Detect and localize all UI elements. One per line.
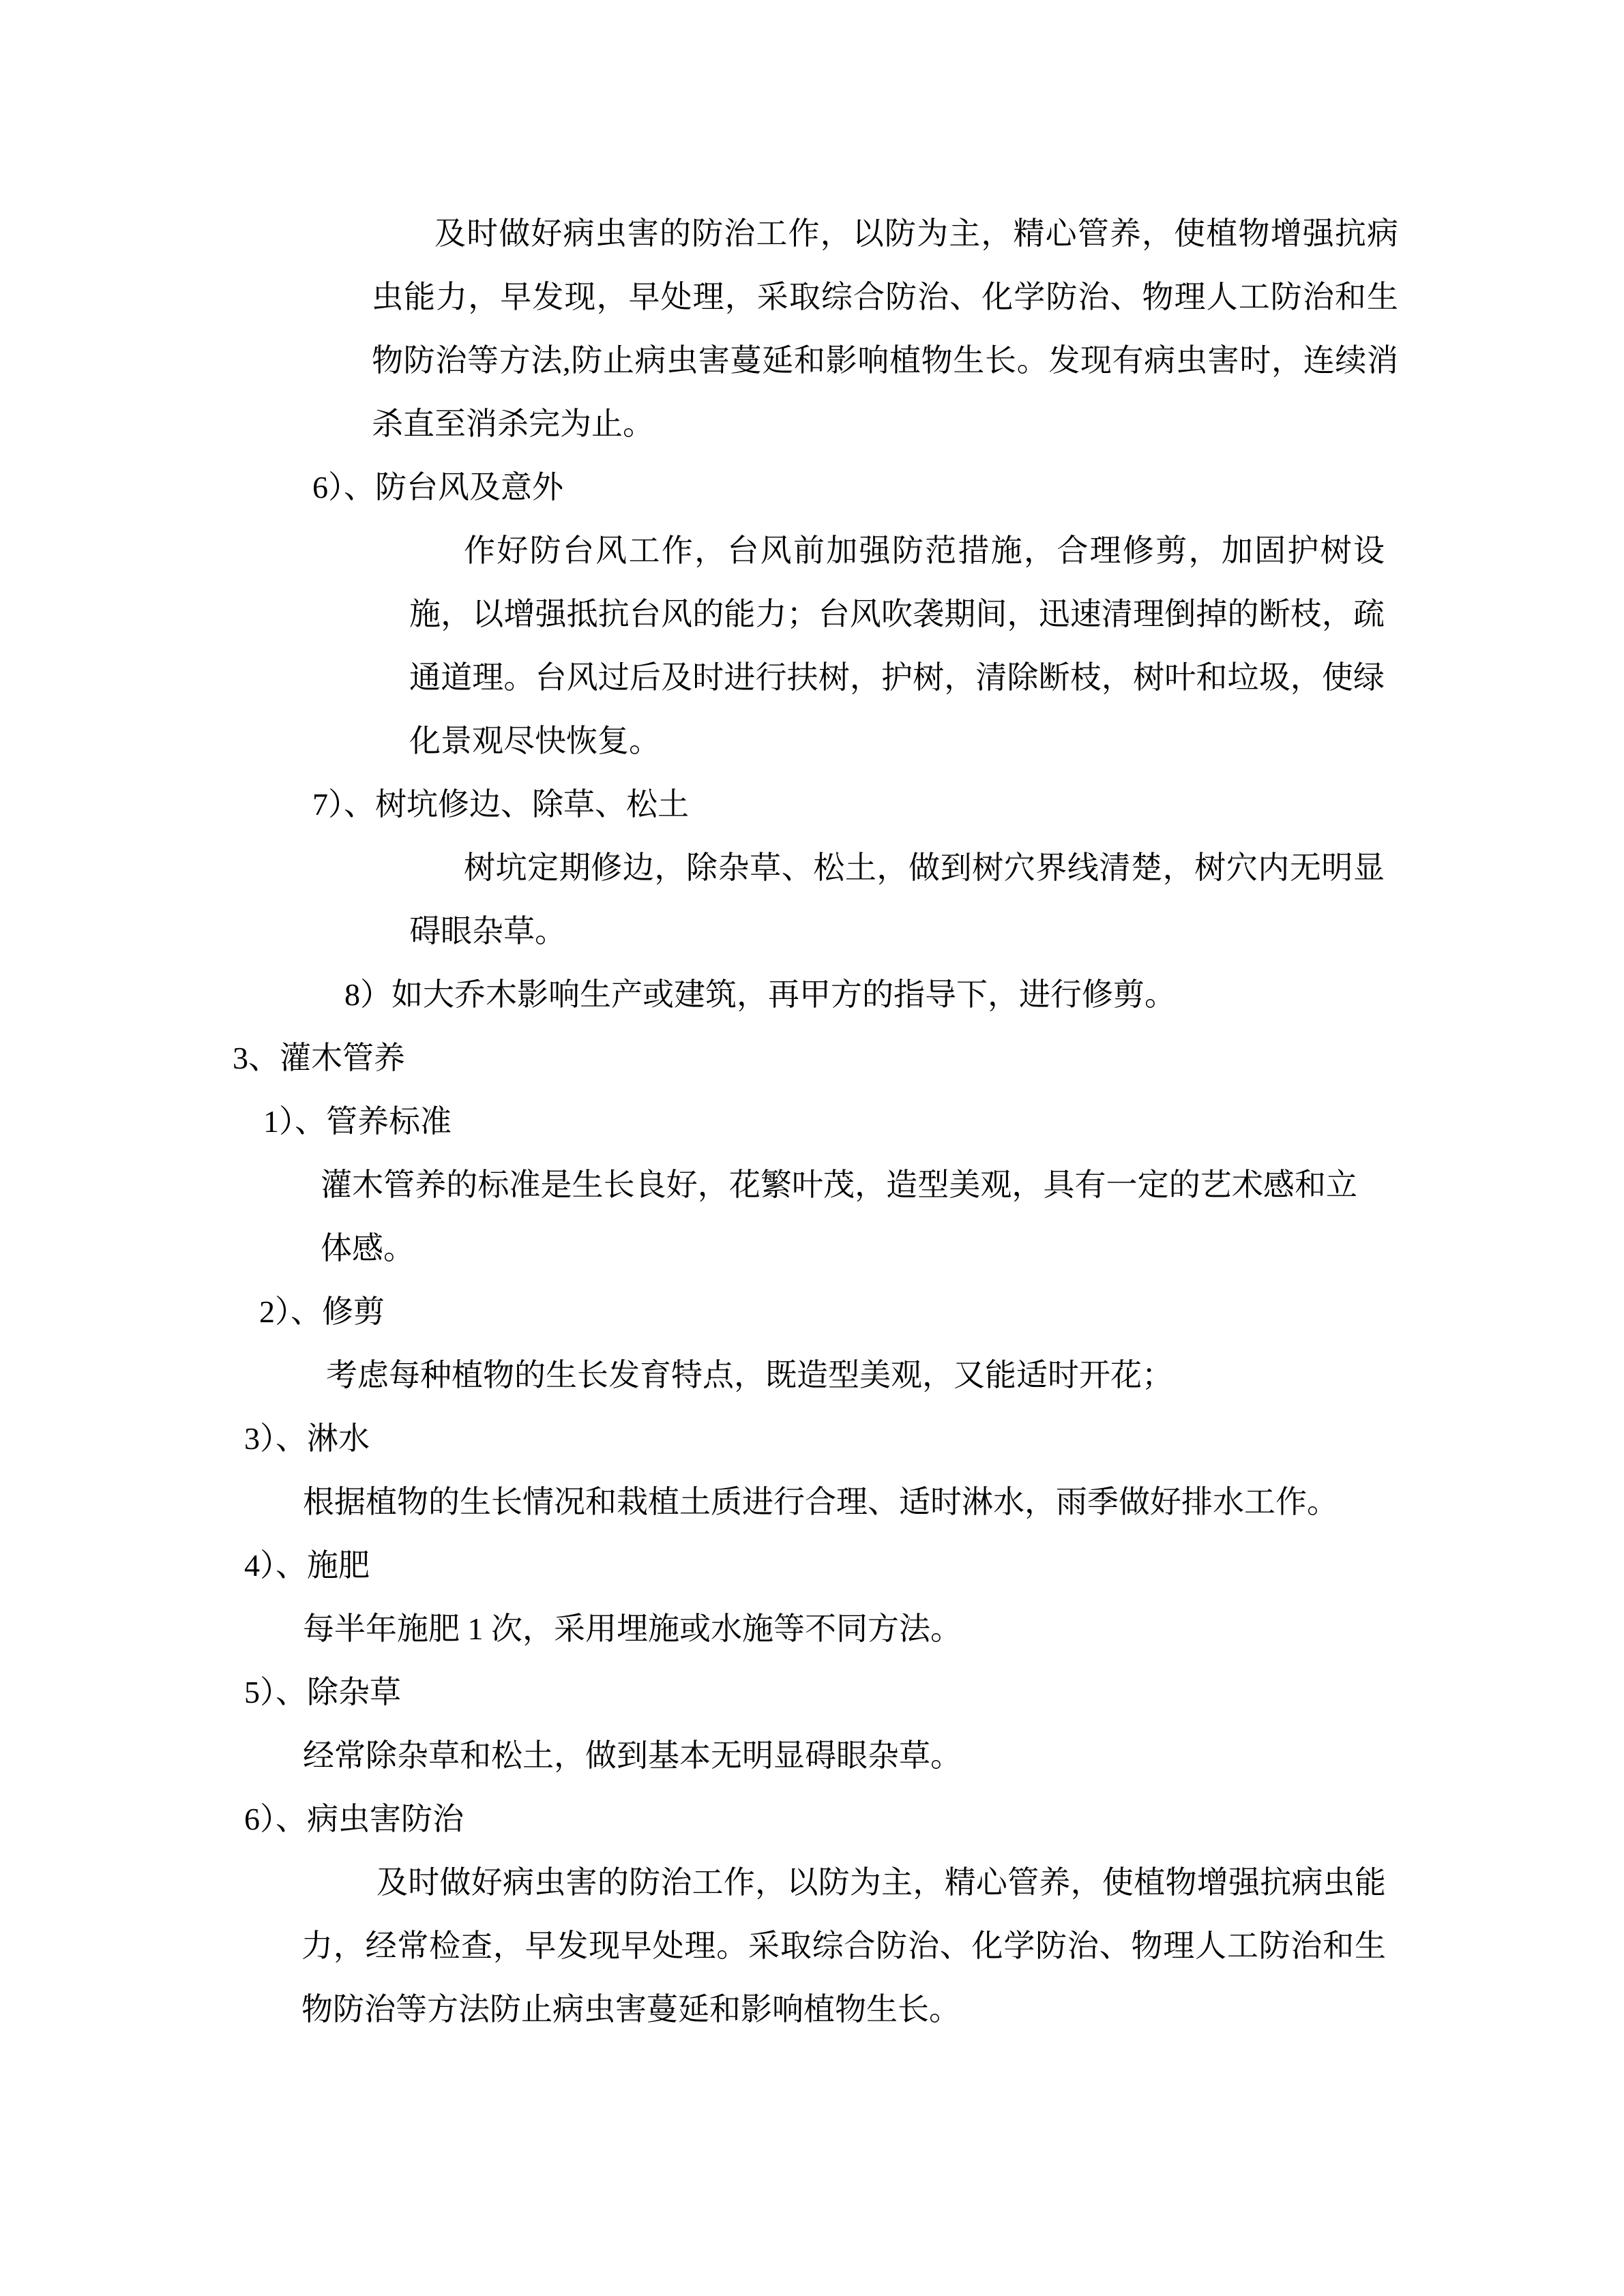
para-typhoon-body: 作好防台风工作，台风前加强防范措施，合理修剪，加固护树设施，以增强抵抗台风的能力… bbox=[409, 519, 1385, 773]
para-pruning-body: 考虑每种植物的生长发育特点，既造型美观，又能适时开花； bbox=[326, 1343, 1624, 1407]
para-fertilizing-body: 每半年施肥 1 次，采用埋施或水施等不同方法。 bbox=[303, 1597, 1624, 1660]
heading-6-typhoon: 6）、防台风及意外 bbox=[312, 456, 1624, 519]
heading-3-5-weeding: 5）、除杂草 bbox=[244, 1660, 1624, 1724]
para-shrub-pest-control-body: 及时做好病虫害的防治工作，以防为主，精心管养，使植物增强抗病虫能力，经常检查，早… bbox=[301, 1851, 1386, 2041]
heading-3-3-watering: 3）、淋水 bbox=[244, 1407, 1624, 1470]
heading-3-6-pest-control: 6）、病虫害防治 bbox=[244, 1787, 1624, 1851]
para-treepit-body: 树坑定期修边，除杂草、松土，做到树穴界线清楚，树穴内无明显碍眼杂草。 bbox=[409, 836, 1385, 963]
para-watering-body: 根据植物的生长情况和栽植土质进行合理、适时淋水，雨季做好排水工作。 bbox=[303, 1470, 1624, 1534]
heading-7-treepit: 7）、树坑修边、除草、松土 bbox=[312, 773, 1624, 836]
heading-3-4-fertilizing: 4）、施肥 bbox=[244, 1534, 1624, 1597]
heading-3-shrub-maintenance: 3、灌木管养 bbox=[233, 1026, 1624, 1090]
para-shrub-standard-body: 灌木管养的标准是生长良好，花繁叶茂，造型美观，具有一定的艺术感和立体感。 bbox=[321, 1153, 1357, 1280]
heading-3-2-pruning: 2）、修剪 bbox=[259, 1280, 1624, 1343]
para-weeding-body: 经常除杂草和松土，做到基本无明显碍眼杂草。 bbox=[303, 1724, 1624, 1787]
document-content: 及时做好病虫害的防治工作，以防为主，精心管养，使植物增强抗病虫能力，早发现，早处… bbox=[0, 202, 1624, 2041]
para-tree-pest-control-body: 及时做好病虫害的防治工作，以防为主，精心管养，使植物增强抗病虫能力，早发现，早处… bbox=[372, 202, 1398, 456]
document-page: 及时做好病虫害的防治工作，以防为主，精心管养，使植物增强抗病虫能力，早发现，早处… bbox=[0, 0, 1624, 2296]
heading-3-1-standard: 1）、管养标准 bbox=[263, 1090, 1624, 1153]
item-8-pruning-note: 8）如大乔木影响生产或建筑，再甲方的指导下，进行修剪。 bbox=[344, 963, 1624, 1026]
